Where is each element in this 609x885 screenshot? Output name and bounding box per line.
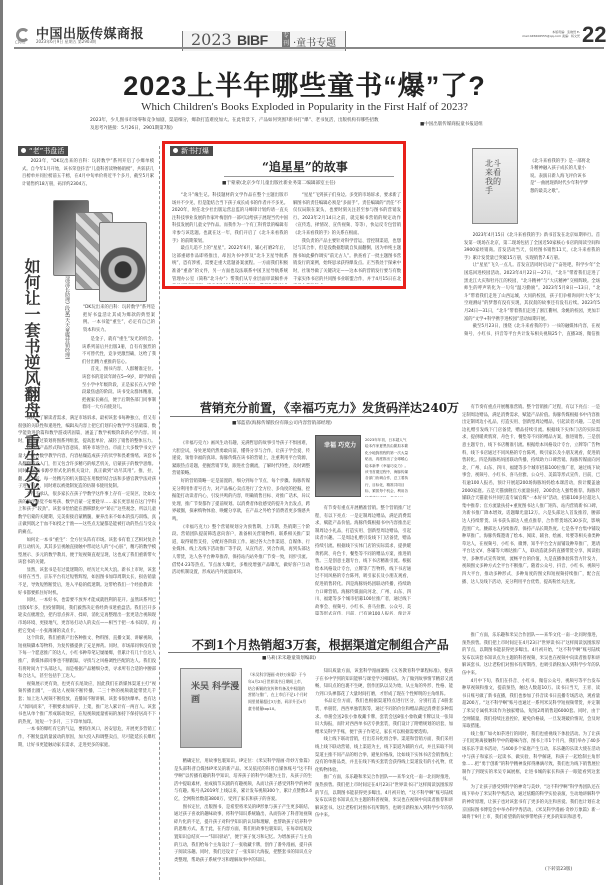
science-article-title: 不到1个月热销超3万套，根据渠道定制组合产品 xyxy=(192,636,449,653)
chocolate-col-1: 《幸福巧克力》画风生动有趣，充满哲思的故事引导孩子不惧困难，大胆尝试，身处逆境仍… xyxy=(172,440,310,615)
bullet-icon xyxy=(21,148,26,153)
old-books-lead: 2023年，“DK玩出来的百科：玩转数学”系列开启了小爆单模式。自今年1月开始，… xyxy=(22,158,154,196)
paragraph: 书品定位方面，我们也根据渠道特点进行区分，分别打造了4册套装、单册装、西西单独装… xyxy=(315,698,453,736)
chocolate-article-byline: ■邹蓝蓓(海豚传媒股份有限公司内容营销部经理) xyxy=(232,420,332,426)
paragraph: 4月中下旬，我们在抖音、小红书、微信公众号、视频号等平台发布种草视频和推文，提前… xyxy=(462,678,600,731)
section-special-badge: 专刊 xyxy=(282,32,290,48)
paragraph: 同时，一本好书，也需要不放弃才能成就胜利的花开。虽然该系列已出版6年多，但疫情期… xyxy=(18,597,156,635)
paragraph: 一本书的爆红有它的气运，要抓住风口，居安思危，开展更多营销工作，不断复盘销量波动… xyxy=(18,726,156,749)
feature-title: “追星星”的故事 xyxy=(262,158,348,175)
paragraph: 知识质量方面，该套科学漫画紧贴《义务教育科学课程标准》，使孩子在书中学到的知识能… xyxy=(315,668,453,698)
paragraph: 不得不承认，很多家长在孩子学数学这件事上存有一定误区，比如女孩的数学感觉不如男孩… xyxy=(18,491,156,537)
column-divider xyxy=(159,146,160,880)
paragraph: 推广方面，乐乐趣和米吴合作团队——来华文化一南一北同时推进，预热预售。我们把上市… xyxy=(315,774,453,820)
book-cover-title: 米吴 科学漫画 xyxy=(191,679,241,705)
paragraph: 独特的产品形式和内容意质，填补市场空白。市面上大多数学书文字量大，配合数学教学内… xyxy=(18,445,156,491)
page-number: 22 xyxy=(582,22,606,48)
tag-label: 新书打爆 xyxy=(181,147,209,155)
paragraph: 视频展示更有效，也更有长尾效应，因此我们在新媒体渠道主打“视频传播出圈”，一波达… xyxy=(18,681,156,727)
article-rule xyxy=(168,652,440,653)
paragraph: 有节奏有重点开展精准营销。整个营销推广过程，有以下亮点：一是定制周边赠品，满足消… xyxy=(462,404,600,586)
paragraph: 显然，该套书是有过低迷期的，经历过大风大浪。新书上市时，该套书曾在当当、京东平台… xyxy=(18,567,156,597)
headline-credit: ■中国出版传媒商报童书报道组 xyxy=(420,121,483,127)
paragraph: 让“星星”飞久一点儿。首发宣活同时启动了“奋进吧，科学少年”全国巡回进校园活动。… xyxy=(464,262,600,323)
paragraph: 2023年4月15日《北斗来看我的手》新书首发在北京如期举行。首发第一现场在北京… xyxy=(464,232,600,262)
science-book-caption: 《米吴科学漫画·奇妙万象篇》于今年4月23日世界读书日期间上市，结合新颖的宣传和… xyxy=(248,672,308,734)
paragraph: 首先，图书内容、人群精准定位。该套书的适读年龄在5~9岁，即学龄前至小学中年级阶… xyxy=(82,366,156,412)
feature-col-1: “北斗”缘生记。科技题材的文学作品在整个主题出版市场并不少见，但是能结合当下孩子… xyxy=(172,192,288,284)
tag-label: “老”书盘活 xyxy=(29,147,64,155)
page-headline: 2023上半年哪些童书“爆”了? xyxy=(0,64,609,103)
paragraph: “星星”飞到孩子们身边。多变的市场诉求，要求新了解图书的责任编辑必须是“多面手”… xyxy=(293,192,401,238)
paragraph: 《幸福巧克力》整个营销规划分为预售期、上市期、热销期三个阶段。营销团队提前筛选意… xyxy=(172,524,310,577)
paragraph: 如何让一本书“重生”：全方位头阵有市场。该套书有着工艺相对复杂的互动机关，其其多… xyxy=(18,537,156,567)
chocolate-book-cover: 幸福 巧克力 xyxy=(315,435,361,497)
science-col-3: 推广方面，乐乐趣和米吴合作团队——来华文化一南一北同时推进，预热预售。我们把上市… xyxy=(462,632,600,864)
paragraph: 线上推广如火如荼进行的同时，我们也重视线下体验活动。为了让孩子们近距离接触科学中… xyxy=(462,731,600,784)
paragraph: 截至5月23日，围绕《北斗来看我的手》一书的融媒体内容，在视频号、小红书、抖音等… xyxy=(464,323,600,336)
science-col-2: 知识质量方面，该套科学漫画紧贴《义务教育科学课程标准》，使孩子在书中学到的知识能… xyxy=(315,668,453,882)
paragraph: 推广方面，乐乐趣和米吴合作团队——来华文化一南一北同时推进，预热预售。我们把上市… xyxy=(462,632,600,678)
article-rule xyxy=(170,416,410,417)
left-col-top-text: 是金子，就有“重生”发光的机会。该系列前后共出版3册，自有有强烈的不可替代性，竞… xyxy=(82,336,156,414)
chocolate-col-3: 有节奏有重点开展精准营销。整个营销推广过程，有以下亮点：一是定制周边赠品，满足消… xyxy=(462,404,600,622)
feature-col-3: 2023年4月15日《北斗来看我的手》新书首发在北京如期举行。首发第一现场在北京… xyxy=(464,232,600,336)
paragraph: 我负责的产品主要针对科学营运、营控制渠道，也想过与其合作，但是没数据想就自负面翻… xyxy=(293,238,401,284)
chocolate-book-caption: 2023年年初，日本超人气绘本作家夏黑仿由繁拟本繁化小地狗旅程的第一次大量贴出，… xyxy=(365,437,409,497)
page-subheadline: Which Children's Books Exploded in Popul… xyxy=(0,101,609,113)
tag-new-books: 新书打爆 xyxy=(170,146,213,156)
editor-info: 本版责编：张晓然 E-mail:445606555@qq.com 美编：杨文凭 xyxy=(522,30,580,38)
paragraph: 是金子，就有“重生”发光的机会。该系列前后共出版3册，自有有强烈的不可替代性，竞… xyxy=(82,336,156,366)
paragraph: 这个阶段，我们重新产出各种推文、物料图、直播文案、讲解视频、短视频脚本等物料，为… xyxy=(18,635,156,681)
dk-books-image xyxy=(53,194,153,304)
paragraph: 《幸福巧克力》画风生动有趣，充满哲思的故事引导孩子不惧困难，大胆尝试，身处逆境仍… xyxy=(172,440,310,478)
paragraph: 线上线下联动营销，打出差异化组合拳。渠道和营销方面，我们采用线上线下联动营销，线… xyxy=(315,736,453,774)
science-book-cover: 米吴 科学漫画 xyxy=(180,668,242,748)
book-cover-title: 幸福 巧克力 xyxy=(324,442,356,449)
headline-intro: 2023年，少儿图书市场零和竞争加剧，渠道细分，爆款打造难度加大。在此背景下，产… xyxy=(90,117,380,133)
logo-mark: CPMT xyxy=(15,40,26,45)
paragraph: 有节奏有重点开展精准营销。整个营销推广过程，有以下亮点：一是定制周边赠品，满足消… xyxy=(315,505,411,615)
paragraph: 图书定位，出版图书，是希望将米吴的IP形象与孩子产生更多联结，通过孩子喜欢的趣味… xyxy=(174,804,312,865)
bullet-icon xyxy=(173,148,178,153)
paragraph: 精确定位，用故事包裹知识。IP定位：《米吴科学漫画·奇妙万象篇》是头部科普自媒体… xyxy=(174,758,312,804)
paragraph: 好的营销策略一定是前置的，细分到每个节点、每个步骤。海豚传媒充分利用作者号召力，… xyxy=(172,478,310,524)
beidou-book-caption: 《北斗来看我的手》是一部将北斗精神融入孩子成长的儿童小说。表演日新人海飞评价该书… xyxy=(530,158,592,195)
page-left-edge xyxy=(0,0,3,885)
lead-paragraph: 2023年，“DK玩出来的百科：玩转数学”系列开启了小爆单模式。自今年1月开始，… xyxy=(22,158,154,188)
tag-old-books: “老”书盘活 xyxy=(18,146,68,156)
feature-col-2: “星星”飞到孩子们身边。多变的市场诉求，要求新了解图书的责任编辑必须是“多面手”… xyxy=(293,192,401,284)
book-cover xyxy=(99,222,147,302)
feature-byline: ■于蒙蒙(北京少年儿童出版社新业务第二编辑部室主任) xyxy=(222,180,336,186)
science-col-1: 精确定位，用故事包裹知识。IP定位：《米吴科学漫画·奇妙万象篇》是头部科普自媒体… xyxy=(174,758,312,882)
masthead: CPMT 中国出版传媒商报 2023年6月9日 星期五 第2903期 2023 … xyxy=(12,22,604,44)
chocolate-col-2: 有节奏有重点开展精准营销。整个营销推广过程，有以下亮点：一是定制周边赠品，满足消… xyxy=(315,505,411,615)
section-event: BIBF xyxy=(237,32,268,48)
paragraph: 为了让孩子感受到科学的神奇与美妙，“这不科学啊”科学秀团队还在线下举办了米吴科学… xyxy=(462,784,600,822)
beidou-book-cover: 北斗 来看 我的手 xyxy=(472,148,518,224)
paragraph: 其次，了解读者需求，满足市场诉求。最初该套书每种独立，但又有很强的关联性和递进性… xyxy=(18,415,156,445)
masthead-rule xyxy=(14,47,604,49)
chocolate-article-title: 营销充分前置，《幸福巧克力》发货码洋达240万 xyxy=(200,399,459,416)
paragraph: 最点儿追不上的“星星”。2022年6月，辅心打磨2年后，这部重磅作品即将推出，却… xyxy=(172,245,288,284)
feature-rule xyxy=(224,176,394,177)
book-cover-title: 北斗 来看 我的手 xyxy=(485,159,507,195)
left-col-body: 其次，了解读者需求，满足市场诉求。最初该套书每种独立，但又有很强的关联性和递进性… xyxy=(18,415,156,880)
paragraph: “北斗”缘生记。科技题材的文学作品在整个主题出版市场并不少见，但是能结合当下孩子… xyxy=(172,192,288,245)
science-article-byline: ■马莉(禾禾趣童策划编辑) xyxy=(262,655,316,661)
issue-date: 2023年6月9日 星期五 第2903期 xyxy=(36,39,96,45)
continued-on-note: (下转第23版) xyxy=(545,866,572,872)
